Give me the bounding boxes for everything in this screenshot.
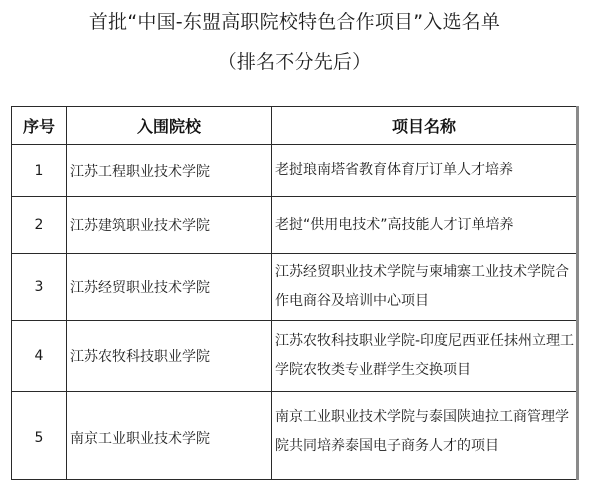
row-index: 5 — [12, 392, 67, 480]
row-index: 3 — [12, 254, 67, 321]
table-row: 3 江苏经贸职业技术学院 江苏经贸职业技术学院与柬埔寨工业技术学院合作电商谷及培… — [12, 254, 578, 321]
row-project: 江苏经贸职业技术学院与柬埔寨工业技术学院合作电商谷及培训中心项目 — [272, 254, 578, 321]
header-project: 项目名称 — [272, 107, 578, 145]
row-index: 4 — [12, 321, 67, 392]
table-header-row: 序号 入围院校 项目名称 — [12, 107, 578, 145]
row-index: 2 — [12, 197, 67, 254]
row-index: 1 — [12, 145, 67, 197]
row-project: 老挝“供用电技术”高技能人才订单培养 — [272, 197, 578, 254]
row-school: 江苏农牧科技职业学院 — [67, 321, 272, 392]
row-project: 老挝琅南塔省教育体育厅订单人才培养 — [272, 145, 578, 197]
table-row: 4 江苏农牧科技职业学院 江苏农牧科技职业学院-印度尼西亚任抹州立理工学院农牧类… — [12, 321, 578, 392]
row-school: 江苏建筑职业技术学院 — [67, 197, 272, 254]
row-project: 江苏农牧科技职业学院-印度尼西亚任抹州立理工学院农牧类专业群学生交换项目 — [272, 321, 578, 392]
document-subtitle: （排名不分先后） — [0, 50, 589, 74]
header-school: 入围院校 — [67, 107, 272, 145]
row-project: 南京工业职业技术学院与泰国陕迪拉工商管理学院共同培养泰国电子商务人才的项目 — [272, 392, 578, 480]
row-school: 江苏工程职业技术学院 — [67, 145, 272, 197]
row-school: 江苏经贸职业技术学院 — [67, 254, 272, 321]
row-school: 南京工业职业技术学院 — [67, 392, 272, 480]
table-row: 1 江苏工程职业技术学院 老挝琅南塔省教育体育厅订单人才培养 — [12, 145, 578, 197]
table-row: 5 南京工业职业技术学院 南京工业职业技术学院与泰国陕迪拉工商管理学院共同培养泰… — [12, 392, 578, 480]
document-title: 首批“中国-东盟高职院校特色合作项目”入选名单 — [0, 10, 589, 34]
table-row: 2 江苏建筑职业技术学院 老挝“供用电技术”高技能人才订单培养 — [12, 197, 578, 254]
header-index: 序号 — [12, 107, 67, 145]
shortlist-table: 序号 入围院校 项目名称 1 江苏工程职业技术学院 老挝琅南塔省教育体育厅订单人… — [11, 106, 579, 480]
